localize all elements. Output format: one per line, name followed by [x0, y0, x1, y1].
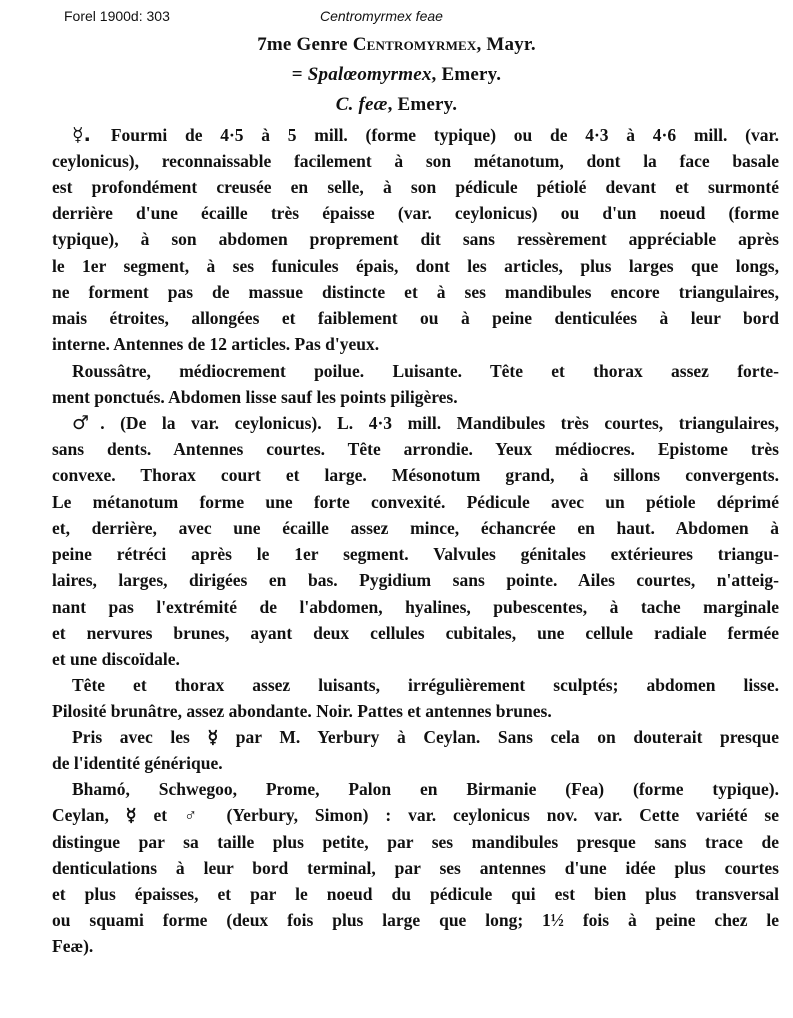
text-line: le 1er segment, à ses funicules épais, d…: [52, 253, 779, 279]
text-line: ♂. (De la var. ceylonicus). L. 4·3 mill.…: [72, 410, 779, 436]
worker-symbol-icon: ☿.: [72, 124, 111, 146]
text-line-content: derrière d'une écaille très épaisse (var…: [52, 203, 779, 223]
genus-author: , Mayr.: [477, 34, 536, 55]
text-line-content: et plus épaisses, et par le noeud du péd…: [52, 884, 779, 904]
text-line-content: Pris avec les ☿ par M. Yerbury à Ceylan.…: [72, 727, 779, 747]
genus-title: 7me Genre Centromyrmex, Mayr.: [0, 34, 793, 56]
text-line: et, derrière, avec une écaille assez min…: [52, 515, 779, 541]
text-line-content: convexe. Thorax court et large. Mésonotu…: [52, 465, 779, 485]
text-line-content: Pilosité brunâtre, assez abondante. Noir…: [52, 701, 552, 721]
text-line: ceylonicus), reconnaissable facilement à…: [52, 148, 779, 174]
text-line: Pris avec les ☿ par M. Yerbury à Ceylan.…: [72, 724, 779, 750]
text-line-content: et nervures brunes, ayant deux cellules …: [52, 623, 779, 643]
text-line-content: nant pas l'extrémité de l'abdomen, hyali…: [52, 597, 779, 617]
text-line: convexe. Thorax court et large. Mésonotu…: [52, 462, 779, 488]
text-line: mais étroites, allongées et faiblement o…: [52, 305, 779, 331]
text-line: ou squami forme (deux fois plus large qu…: [52, 907, 779, 933]
text-line-content: Feæ).: [52, 936, 93, 956]
text-line-content: sans dents. Antennes courtes. Tête arron…: [52, 439, 779, 459]
text-line-content: ment ponctués. Abdomen lisse sauf les po…: [52, 387, 458, 407]
male-symbol-icon: ♂: [72, 412, 100, 434]
synonym-author: , Emery.: [432, 64, 502, 85]
text-line: distingue par sa taille plus petite, par…: [52, 829, 779, 855]
text-line: et nervures brunes, ayant deux cellules …: [52, 620, 779, 646]
text-line: nant pas l'extrémité de l'abdomen, hyali…: [52, 594, 779, 620]
text-line: typique), à son abdomen proprement dit s…: [52, 226, 779, 252]
text-line-content: ceylonicus), reconnaissable facilement à…: [52, 151, 779, 171]
text-line-content: Bhamó, Schwegoo, Prome, Palon en Birmani…: [72, 779, 779, 799]
text-line: peine rétréci après le 1er segment. Valv…: [52, 541, 779, 567]
text-line: est profondément creusée en selle, à son…: [52, 174, 779, 200]
species-name: C. feæ: [336, 94, 388, 115]
text-line-content: denticulations à leur bord terminal, par…: [52, 858, 779, 878]
text-line-content: ou squami forme (deux fois plus large qu…: [52, 910, 779, 930]
synonym-name: Spalœomyrmex: [308, 64, 432, 85]
text-line: Roussâtre, médiocrement poilue. Luisante…: [72, 358, 779, 384]
text-line: ☿. Fourmi de 4·5 à 5 mill. (forme typiqu…: [72, 122, 779, 148]
text-line-content: Roussâtre, médiocrement poilue. Luisante…: [72, 361, 779, 381]
synonym-prefix: =: [292, 64, 308, 85]
text-line-content: ne forment pas de massue distincte et à …: [52, 282, 779, 302]
text-line-content: et une discoïdale.: [52, 649, 180, 669]
text-line: interne. Antennes de 12 articles. Pas d'…: [52, 331, 779, 357]
text-line-content: distingue par sa taille plus petite, par…: [52, 832, 779, 852]
text-line: Le métanotum forme une forte convexité. …: [52, 489, 779, 515]
genus-name: Centromyrmex: [353, 34, 477, 55]
text-line-content: Ceylan, ☿ et ♂ (Yerbury, Simon) : var. c…: [52, 805, 779, 825]
text-line-content: Tête et thorax assez luisants, irréguliè…: [72, 675, 779, 695]
text-line: et plus épaisses, et par le noeud du péd…: [52, 881, 779, 907]
text-line: Bhamó, Schwegoo, Prome, Palon en Birmani…: [72, 776, 779, 802]
text-line-content: peine rétréci après le 1er segment. Valv…: [52, 544, 779, 564]
text-line-content: et, derrière, avec une écaille assez min…: [52, 518, 779, 538]
text-line-content: de l'identité générique.: [52, 753, 223, 773]
text-line: ne forment pas de massue distincte et à …: [52, 279, 779, 305]
text-line: derrière d'une écaille très épaisse (var…: [52, 200, 779, 226]
text-line: Pilosité brunâtre, assez abondante. Noir…: [52, 698, 779, 724]
text-line: denticulations à leur bord terminal, par…: [52, 855, 779, 881]
text-line-content: le 1er segment, à ses funicules épais, d…: [52, 256, 779, 276]
species-title: C. feæ, Emery.: [0, 94, 793, 116]
text-line-content: Le métanotum forme une forte convexité. …: [52, 492, 779, 512]
text-line: Feæ).: [52, 933, 779, 959]
text-line: de l'identité générique.: [52, 750, 779, 776]
text-line: ment ponctués. Abdomen lisse sauf les po…: [52, 384, 779, 410]
text-line: laires, larges, dirigées en bas. Pygidiu…: [52, 567, 779, 593]
text-line-content: interne. Antennes de 12 articles. Pas d'…: [52, 334, 379, 354]
genus-title-prefix: 7me Genre: [257, 34, 353, 55]
text-line: Tête et thorax assez luisants, irréguliè…: [72, 672, 779, 698]
text-line-content: mais étroites, allongées et faiblement o…: [52, 308, 779, 328]
species-author: , Emery.: [388, 94, 458, 115]
text-line: Ceylan, ☿ et ♂ (Yerbury, Simon) : var. c…: [52, 802, 779, 828]
text-line-content: . (De la var. ceylonicus). L. 4·3 mill. …: [100, 413, 779, 433]
text-line-content: typique), à son abdomen proprement dit s…: [52, 229, 779, 249]
text-line-content: laires, larges, dirigées en bas. Pygidiu…: [52, 570, 779, 590]
text-line: et une discoïdale.: [52, 646, 779, 672]
text-line-content: est profondément creusée en selle, à son…: [52, 177, 779, 197]
text-line-content: Fourmi de 4·5 à 5 mill. (forme typique) …: [111, 125, 779, 145]
page-header-species: Centromyrmex feae: [320, 8, 443, 24]
text-line: sans dents. Antennes courtes. Tête arron…: [52, 436, 779, 462]
synonym-title: = Spalœomyrmex, Emery.: [0, 64, 793, 86]
page-header-reference: Forel 1900d: 303: [64, 8, 170, 24]
